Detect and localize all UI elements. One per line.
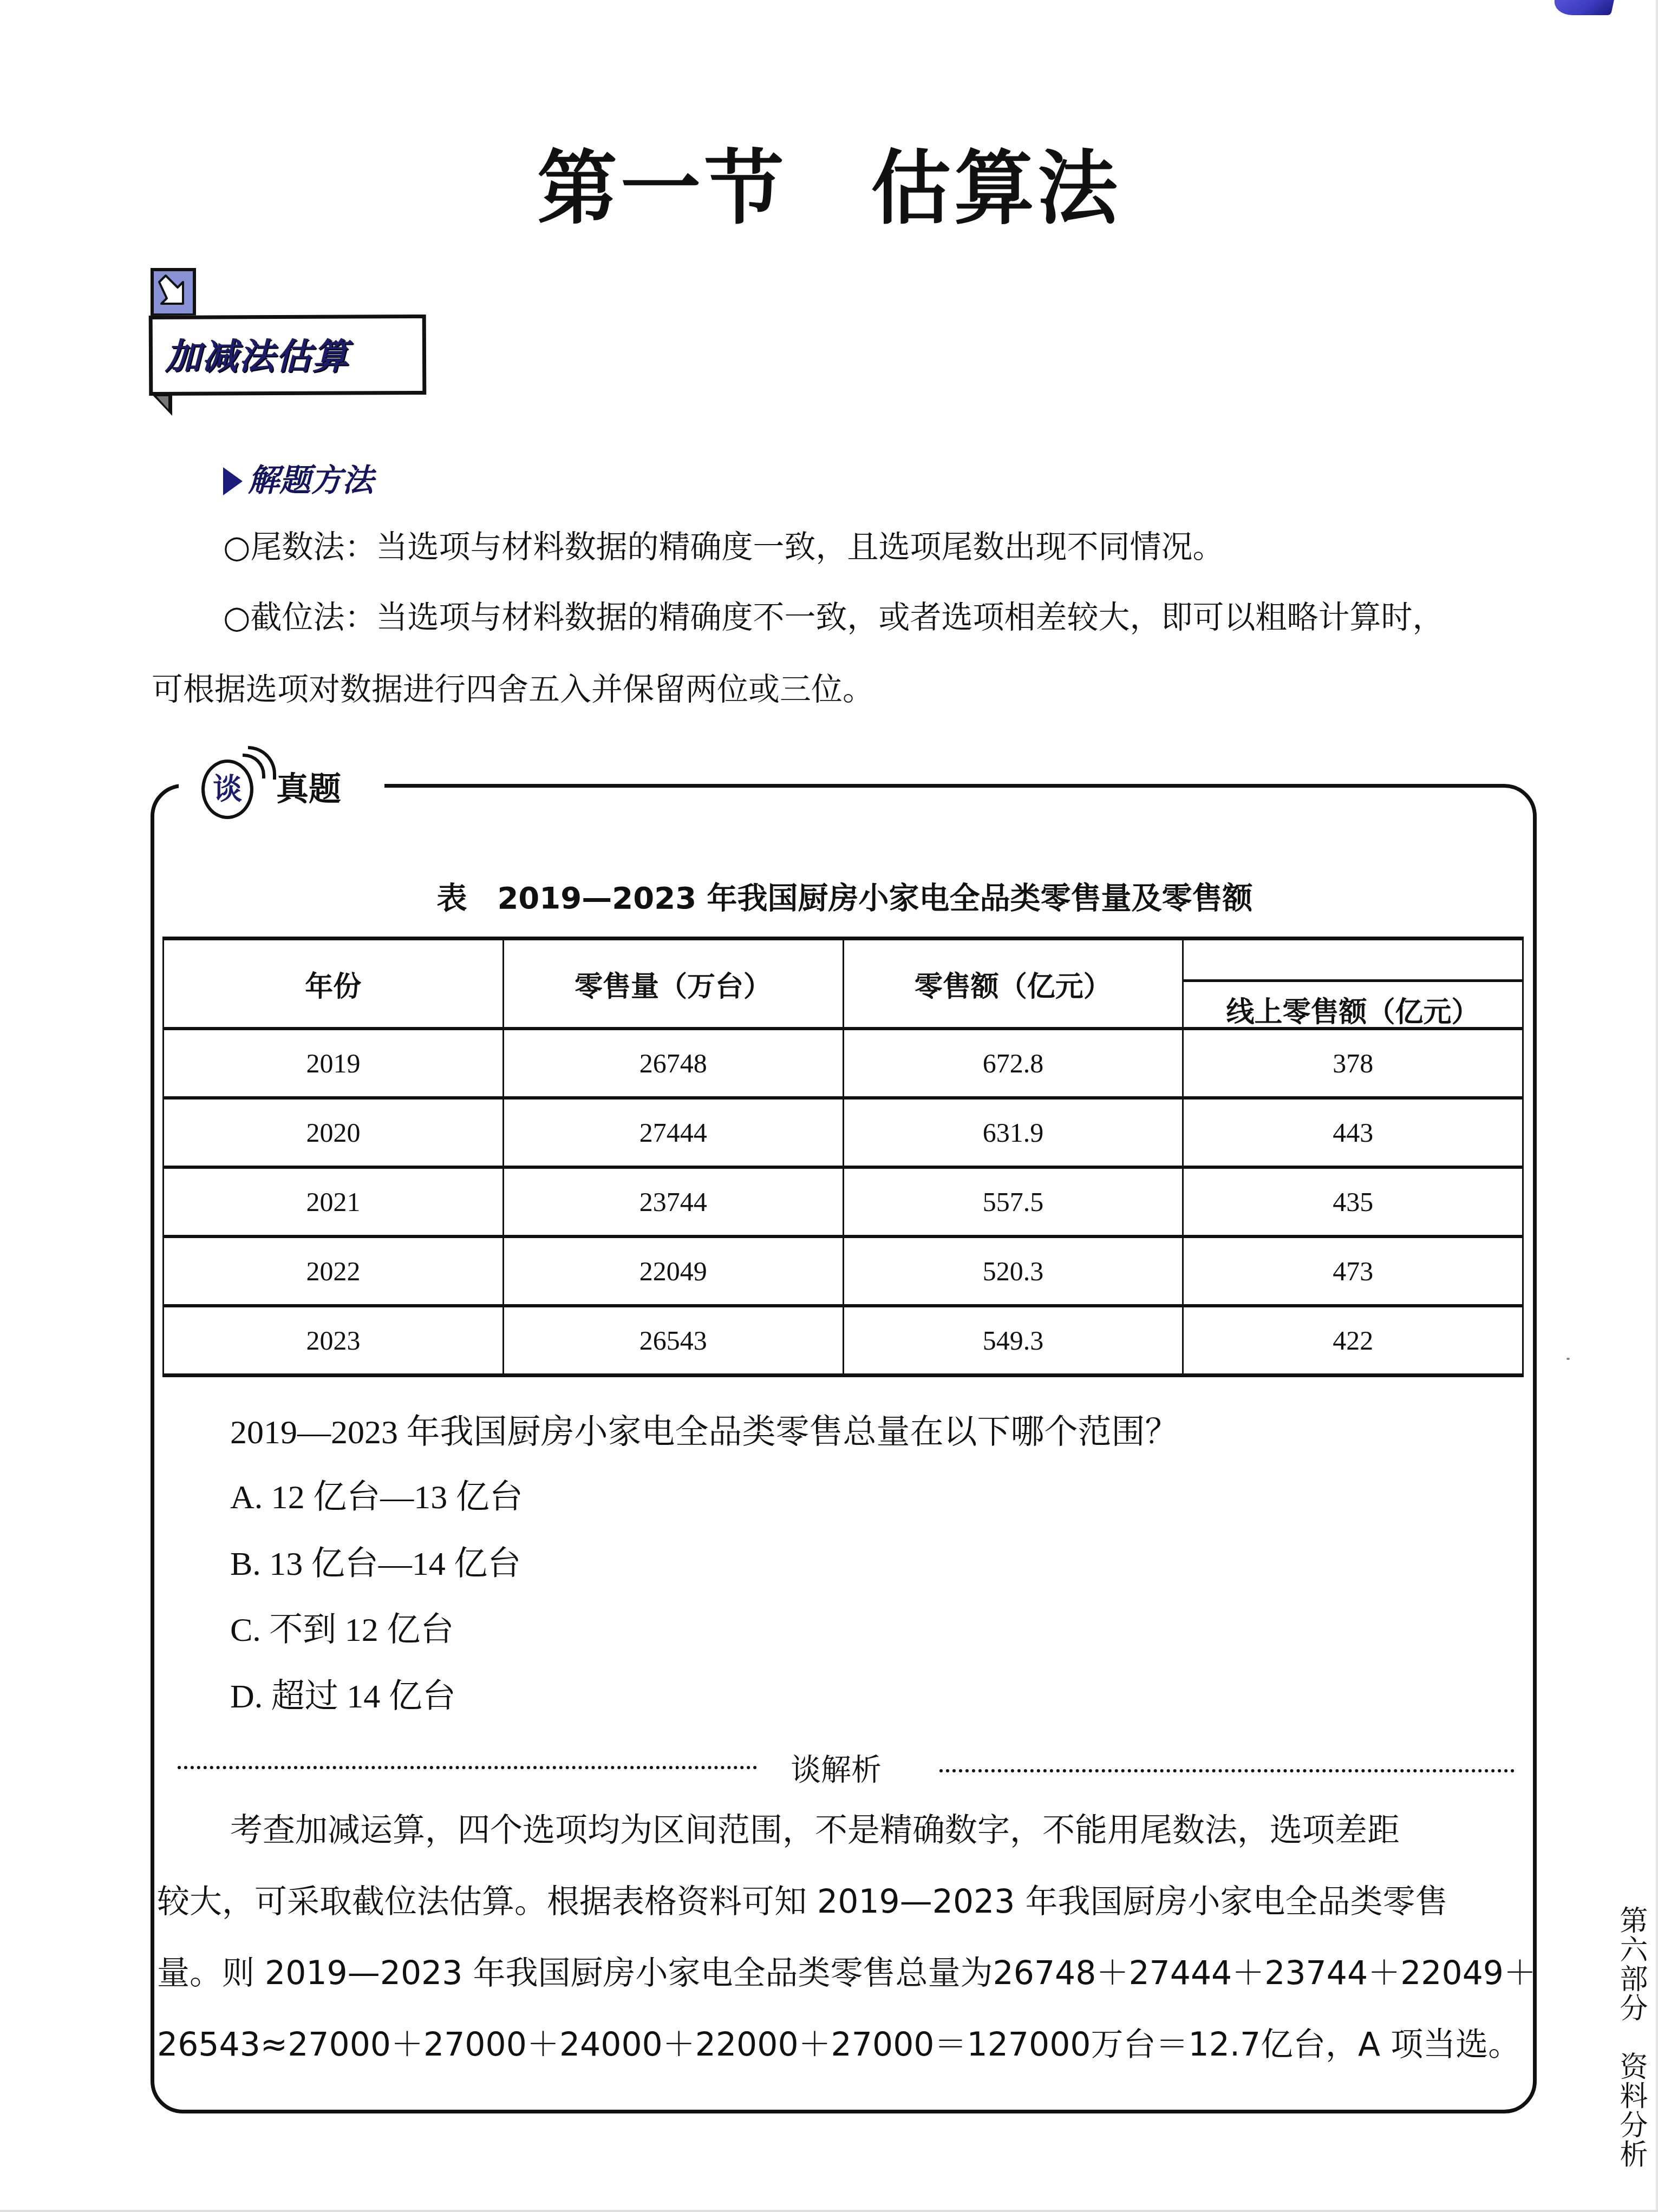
cell-revenue: 549.3 (843, 1306, 1183, 1375)
cell-revenue: 672.8 (843, 1029, 1183, 1098)
option-a: A. 12 亿台—13 亿台 (230, 1470, 523, 1518)
arrow-down-right-icon (151, 268, 196, 317)
option-d: D. 超过 14 亿台 (230, 1669, 456, 1717)
cell-year: 2023 (164, 1306, 504, 1375)
cell-online-revenue: 473 (1183, 1236, 1523, 1306)
side-section-label: 第六部分 资料分析 (1618, 1906, 1652, 2169)
table-caption: 表 2019—2023 年我国厨房小家电全品类零售量及零售额 (152, 874, 1538, 918)
method-item-tail-number: ○尾数法：当选项与材料数据的精确度一致，且选项尾数出现不同情况。 (223, 512, 1224, 582)
cell-year: 2021 (164, 1167, 504, 1236)
cell-revenue: 631.9 (843, 1098, 1183, 1167)
option-b: B. 13 亿台—14 亿台 (230, 1536, 521, 1585)
cell-online-revenue: 443 (1183, 1098, 1523, 1167)
cell-online-revenue: 435 (1183, 1167, 1523, 1236)
method-heading: 解题方法 (223, 455, 374, 500)
print-speck (1566, 1358, 1570, 1360)
header-revenue: 零售额（亿元） (843, 939, 1183, 1029)
analysis-divider-right (939, 1769, 1515, 1772)
cell-year: 2022 (164, 1236, 504, 1306)
cell-year: 2019 (164, 1029, 504, 1098)
method-heading-label: 解题方法 (248, 462, 374, 499)
exam-heading: 真题 (276, 763, 341, 810)
table-row: 2020 27444 631.9 443 (164, 1098, 1523, 1167)
analysis-line: 考查加减运算，四个选项均为区间范围，不是精确数字，不能用尾数法，选项差距 (230, 1795, 1400, 1866)
analysis-line: 较大，可采取截位法估算。根据表格资料可知 2019—2023 年我国厨房小家电全… (157, 1866, 1448, 1938)
cell-online-revenue: 422 (1183, 1306, 1523, 1375)
triangle-bullet-icon (223, 467, 243, 495)
cell-volume: 22049 (503, 1236, 843, 1306)
cell-volume: 27444 (503, 1098, 843, 1167)
cell-volume: 23744 (503, 1167, 843, 1236)
table-row: 2022 22049 520.3 473 (164, 1236, 1523, 1306)
header-online-revenue-cell: 线上零售额（亿元） (1183, 939, 1523, 1029)
method-item-truncation-cont: 可根据选项对数据进行四舍五入并保留两位或三位。 (152, 654, 874, 724)
analysis-divider-label: 谈解析 (791, 1746, 882, 1789)
cell-year: 2020 (164, 1098, 504, 1167)
section-banner-label: 加减法估算 (165, 328, 349, 379)
table-row: 2021 23744 557.5 435 (164, 1167, 1523, 1236)
page-edge (1656, 0, 1658, 2212)
banner-fold-shade (156, 396, 168, 409)
talk-badge-icon: 谈 (201, 760, 253, 819)
table-header-row: 年份 零售量（万台） 零售额（亿元） 线上零售额（亿元） (164, 939, 1523, 1029)
option-c: C. 不到 12 亿台 (230, 1602, 454, 1651)
analysis-line: 26543≈27000＋27000＋24000＋22000＋27000＝1270… (157, 2009, 1520, 2080)
cell-revenue: 520.3 (843, 1236, 1183, 1306)
sales-table: 年份 零售量（万台） 零售额（亿元） 线上零售额（亿元） 2019 26748 … (162, 937, 1524, 1377)
header-year: 年份 (164, 939, 504, 1029)
cell-online-revenue: 378 (1183, 1029, 1523, 1098)
cell-volume: 26748 (503, 1029, 843, 1098)
table-row: 2023 26543 549.3 422 (164, 1306, 1523, 1375)
question-text: 2019—2023 年我国厨房小家电全品类零售总量在以下哪个范围？ (230, 1405, 1179, 1453)
analysis-divider-left (178, 1766, 757, 1769)
header-split-line (1184, 979, 1522, 982)
header-volume: 零售量（万台） (503, 939, 843, 1029)
table-row: 2019 26748 672.8 378 (164, 1029, 1523, 1098)
cell-revenue: 557.5 (843, 1167, 1183, 1236)
analysis-line: 量。则 2019—2023 年我国厨房小家电全品类零售总量为26748＋2744… (157, 1938, 1536, 2009)
header-online-revenue: 线上零售额（亿元） (1184, 989, 1522, 1030)
corner-page-tab (1551, 0, 1616, 15)
cell-volume: 26543 (503, 1306, 843, 1375)
page-title: 第一节 估算法 (0, 125, 1658, 239)
page-bottom-edge (0, 2210, 1658, 2212)
method-item-truncation: ○截位法：当选项与材料数据的精确度不一致，或者选项相差较大，即可以粗略计算时， (223, 582, 1444, 652)
